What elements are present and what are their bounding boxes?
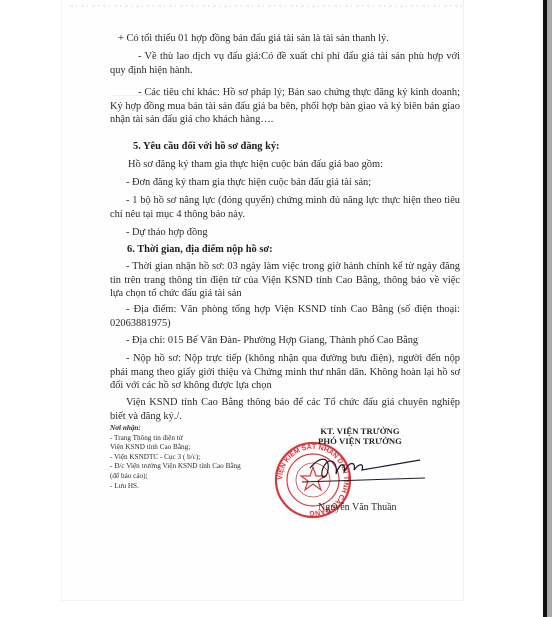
paragraph-closing-notice: Viện KSND tỉnh Cao Bằng thông báo để các… bbox=[110, 396, 460, 423]
scrollbar-thumb[interactable] bbox=[547, 0, 552, 617]
recipient-line: - Viện KSNDTC - Cục 3 ( b/c); bbox=[110, 453, 241, 463]
document-viewer: + Có tối thiểu 01 hợp đồng bán đấu giá t… bbox=[0, 0, 543, 617]
scan-artifact bbox=[70, 5, 463, 7]
recipient-line: (để báo cáo); bbox=[110, 472, 241, 482]
recipient-line: - Đ/c Viện trưởng Viện KSND tỉnh Cao Bằn… bbox=[110, 462, 241, 472]
paragraph-location: - Địa điểm: Văn phòng tổng hợp Viện KSND… bbox=[110, 303, 460, 330]
signer-name: Nguyễn Văn Thuần bbox=[318, 502, 397, 513]
recipient-line: Viện KSND tỉnh Cao Bằng; bbox=[110, 443, 241, 453]
paragraph-address: - Địa chỉ: 015 Bế Văn Đàn- Phường Hợp Gi… bbox=[126, 334, 466, 348]
paragraph-registration-docs: Hồ sơ đăng ký tham gia thực hiện cuộc bá… bbox=[128, 158, 458, 172]
paragraph-other-criteria: - Các tiêu chí khác: Hồ sơ pháp lý; Bản … bbox=[110, 86, 460, 127]
heading-section-6: 6. Thời gian, địa điểm nộp hồ sơ: bbox=[127, 243, 457, 257]
list-item-draft-contract: - Dự thảo hợp đồng bbox=[126, 226, 456, 240]
list-item-application-form: - Đơn đăng ký tham gia thực hiện cuộc bá… bbox=[126, 176, 456, 190]
paragraph-service-fee: - Về thù lao dịch vụ đấu giá:Có đề xuất … bbox=[110, 50, 460, 77]
signature-title-line1: KT. VIỆN TRƯỞNG bbox=[300, 426, 420, 436]
recipients-block: Nơi nhận: - Trang Thông tin điện tử Viện… bbox=[110, 424, 241, 491]
paragraph-min-contract: + Có tối thiểu 01 hợp đồng bán đấu giá t… bbox=[118, 32, 458, 46]
signature-block: KT. VIỆN TRƯỞNG PHÓ VIỆN TRƯỞNG bbox=[300, 426, 420, 446]
paragraph-submission-method: - Nộp hồ sơ: Nộp trực tiếp (không nhận q… bbox=[110, 352, 460, 393]
list-item-capability-profile: - 1 bộ hồ sơ năng lực (đóng quyển) chứng… bbox=[110, 194, 460, 221]
handwritten-signature-icon bbox=[300, 448, 430, 488]
signature-title-line2: PHÓ VIỆN TRƯỞNG bbox=[300, 436, 420, 446]
heading-section-5: 5. Yêu cầu đối với hồ sơ đăng ký: bbox=[133, 140, 453, 154]
recipients-title: Nơi nhận: bbox=[110, 424, 241, 434]
paragraph-submission-time: - Thời gian nhận hồ sơ: 03 ngày làm việc… bbox=[110, 260, 460, 301]
recipient-line: - Lưu HS. bbox=[110, 482, 241, 492]
recipient-line: - Trang Thông tin điện tử bbox=[110, 434, 241, 444]
